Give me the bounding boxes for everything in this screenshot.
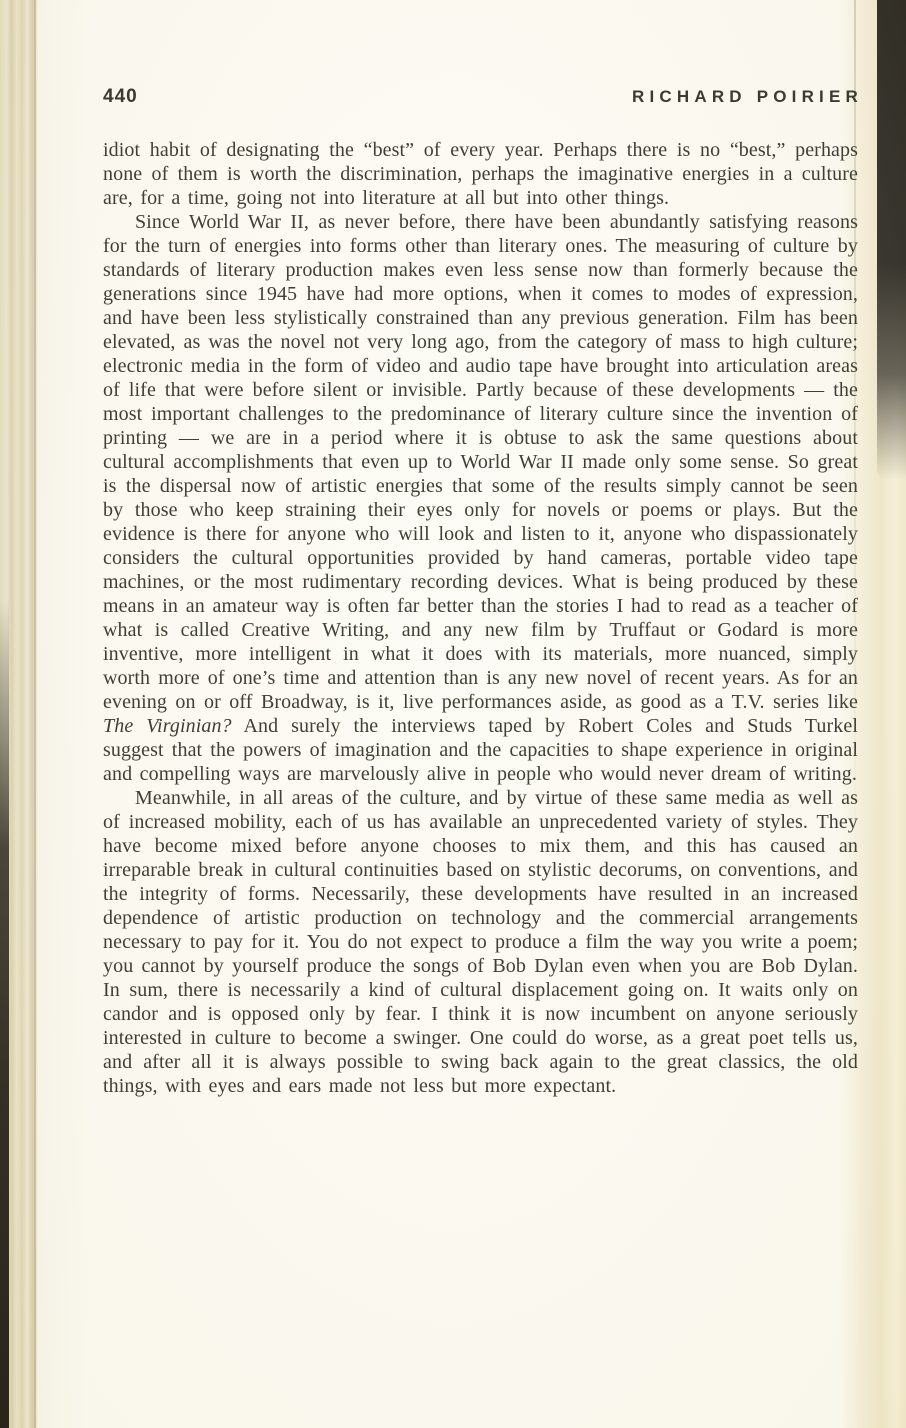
text-segment: idiot habit of designating the “best” of… xyxy=(103,139,858,209)
paragraph: Since World War II, as never before, the… xyxy=(103,210,858,786)
scanner-background-left-sliver xyxy=(0,600,9,1428)
scanner-background-top-right xyxy=(877,0,906,480)
paragraph: idiot habit of designating the “best” of… xyxy=(103,138,858,210)
running-header: 440 RICHARD POIRIER xyxy=(103,86,858,108)
paragraph: Meanwhile, in all areas of the culture, … xyxy=(103,786,858,1098)
body-text: idiot habit of designating the “best” of… xyxy=(103,138,858,1098)
text-segment: Meanwhile, in all areas of the culture, … xyxy=(103,787,858,1097)
scanned-book-page: 440 RICHARD POIRIER idiot habit of desig… xyxy=(0,0,906,1428)
running-head-author: RICHARD POIRIER xyxy=(632,87,863,107)
page-number: 440 xyxy=(103,86,138,108)
book-title-italic: The Virginian? xyxy=(103,715,232,737)
page-content: 440 RICHARD POIRIER idiot habit of desig… xyxy=(103,86,858,1098)
text-segment: Since World War II, as never before, the… xyxy=(103,211,858,713)
